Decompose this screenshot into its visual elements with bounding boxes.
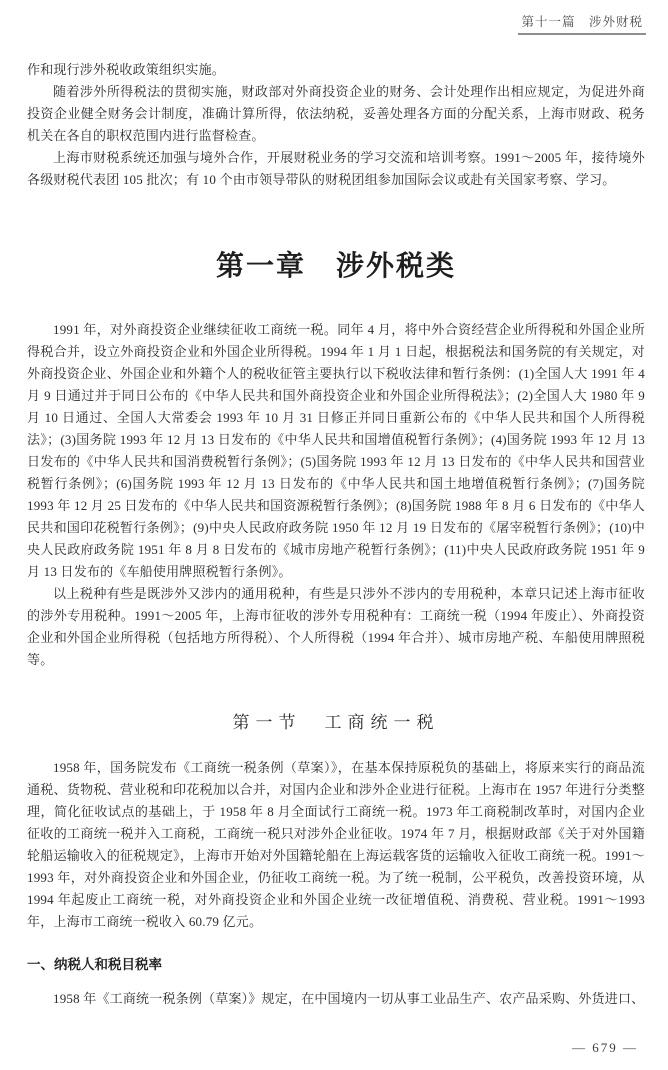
page-header: 第十一篇 涉外财税 (0, 0, 668, 35)
section-title: 第一节 工商统一税 (27, 711, 645, 735)
page-number: — 679 — (572, 1040, 638, 1056)
paragraph-exchange: 上海市财税系统还加强与境外合作，开展财税业务的学习交流和培训考察。1991～20… (27, 147, 645, 191)
paragraph-icct-history: 1958 年，国务院发布《工商统一税条例（草案）》，在基本保持原税负的基础上，将… (27, 757, 645, 933)
paragraph-taxpayers-rates: 1958 年《工商统一税条例（草案）》规定，在中国境内一切从事工业品生产、农产品… (27, 988, 645, 1010)
running-head: 第十一篇 涉外财税 (518, 15, 646, 35)
subsection-heading: 一、纳税人和税目税率 (27, 955, 645, 975)
page-body: 作和现行涉外税收政策组织实施。 随着涉外所得税法的贯彻实施，财政部对外商投资企业… (27, 59, 645, 1010)
paragraph-supervision: 随着涉外所得税法的贯彻实施，财政部对外商投资企业的财务、会计处理作出相应规定，为… (27, 81, 645, 147)
paragraph-continuation: 作和现行涉外税收政策组织实施。 (27, 59, 645, 81)
paragraph-tax-types: 以上税种有些是既涉外又涉内的通用税种，有些是只涉外不涉内的专用税种，本章只记述上… (27, 583, 645, 671)
paragraph-tax-laws: 1991 年，对外商投资企业继续征收工商统一税。同年 4 月，将中外合资经营企业… (27, 319, 645, 583)
chapter-title: 第一章 涉外税类 (27, 249, 645, 285)
document-page: 第十一篇 涉外财税 作和现行涉外税收政策组织实施。 随着涉外所得税法的贯彻实施，… (0, 0, 668, 1070)
